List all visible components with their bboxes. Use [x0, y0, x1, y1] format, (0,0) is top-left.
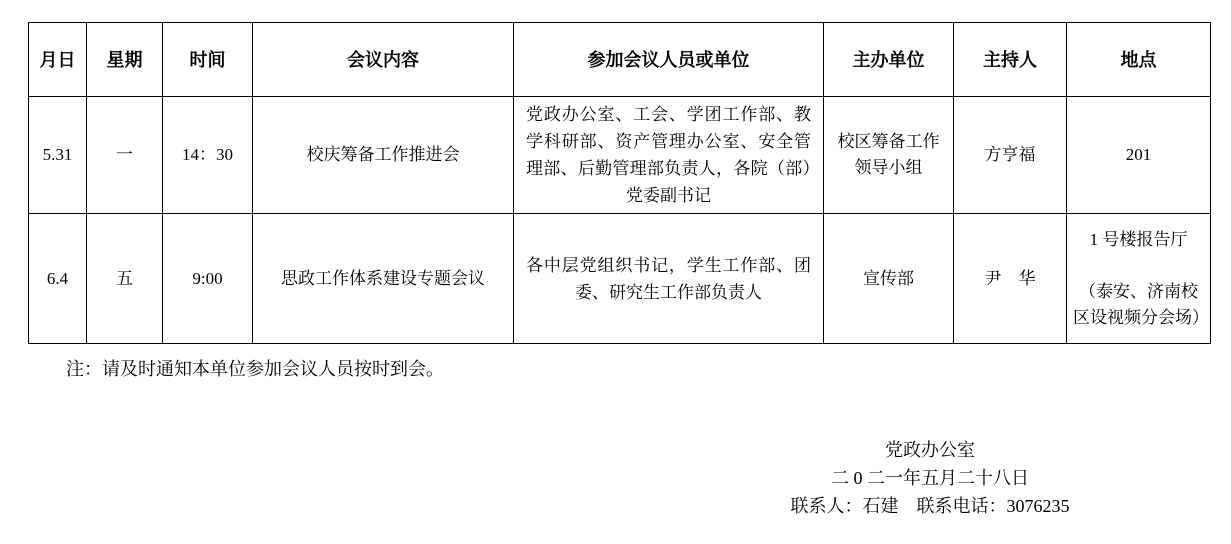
cell-attendees: 党政办公室、工会、学团工作部、教学科研部、资产管理办公室、安全管理部、后勤管理部… — [514, 97, 824, 214]
cell-host: 尹 华 — [954, 214, 1067, 344]
table-row: 5.31 一 14：30 校庆筹备工作推进会 党政办公室、工会、学团工作部、教学… — [29, 97, 1211, 214]
meeting-schedule-table: 月日 星期 时间 会议内容 参加会议人员或单位 主办单位 主持人 地点 5.31… — [28, 22, 1211, 344]
signature-department: 党政办公室 — [695, 436, 1165, 464]
table-row: 6.4 五 9:00 思政工作体系建设专题会议 各中层党组织书记，学生工作部、团… — [29, 214, 1211, 344]
cell-organizer: 宣传部 — [824, 214, 954, 344]
col-header-meeting-content: 会议内容 — [253, 23, 514, 97]
cell-meeting-content: 思政工作体系建设专题会议 — [253, 214, 514, 344]
cell-attendees: 各中层党组织书记，学生工作部、团委、研究生工作部负责人 — [514, 214, 824, 344]
col-header-location: 地点 — [1067, 23, 1211, 97]
signature-block: 党政办公室 二 0 二一年五月二十八日 联系人：石建 联系电话：3076235 — [695, 436, 1165, 520]
document-page: 月日 星期 时间 会议内容 参加会议人员或单位 主办单位 主持人 地点 5.31… — [0, 0, 1231, 544]
cell-month-day: 5.31 — [29, 97, 87, 214]
note-text: 注：请及时通知本单位参加会议人员按时到会。 — [66, 356, 444, 382]
cell-weekday: 一 — [87, 97, 163, 214]
col-header-weekday: 星期 — [87, 23, 163, 97]
cell-organizer: 校区筹备工作领导小组 — [824, 97, 954, 214]
table-header-row: 月日 星期 时间 会议内容 参加会议人员或单位 主办单位 主持人 地点 — [29, 23, 1211, 97]
col-header-time: 时间 — [163, 23, 253, 97]
cell-location: 1 号楼报告厅 （泰安、济南校区设视频分会场） — [1067, 214, 1211, 344]
signature-contact: 联系人：石建 联系电话：3076235 — [695, 492, 1165, 520]
cell-host: 方亨福 — [954, 97, 1067, 214]
col-header-month-day: 月日 — [29, 23, 87, 97]
cell-meeting-content: 校庆筹备工作推进会 — [253, 97, 514, 214]
col-header-organizer: 主办单位 — [824, 23, 954, 97]
cell-month-day: 6.4 — [29, 214, 87, 344]
signature-date: 二 0 二一年五月二十八日 — [695, 464, 1165, 492]
cell-time: 14：30 — [163, 97, 253, 214]
col-header-attendees: 参加会议人员或单位 — [514, 23, 824, 97]
cell-weekday: 五 — [87, 214, 163, 344]
cell-time: 9:00 — [163, 214, 253, 344]
col-header-host: 主持人 — [954, 23, 1067, 97]
cell-location: 201 — [1067, 97, 1211, 214]
